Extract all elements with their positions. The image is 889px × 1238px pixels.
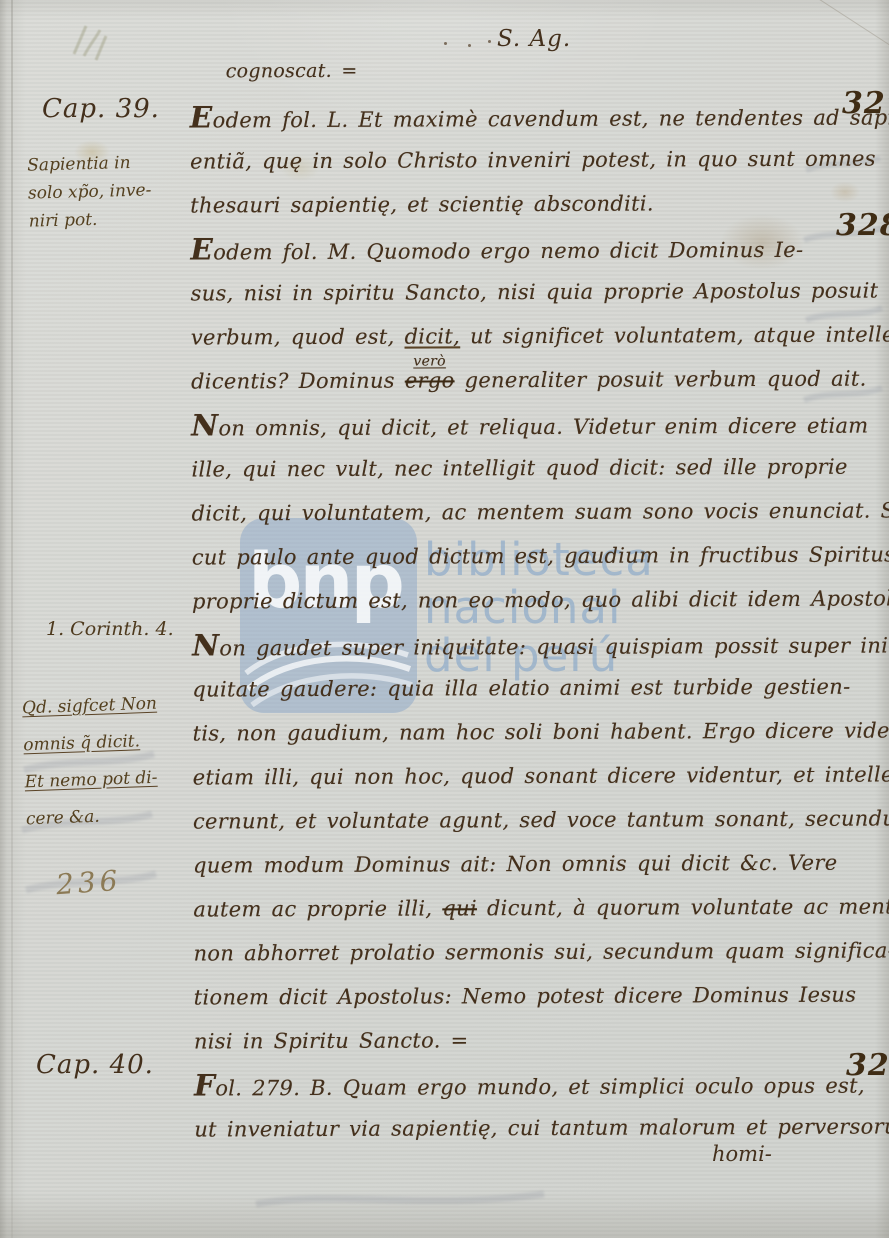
main-text-block: cognoscat. = Eodem fol. L. Et maximè cav… <box>190 50 887 1151</box>
struck-word-text: ergo <box>405 368 455 392</box>
text-line: thesauri sapientię, et scientię abscondi… <box>190 180 882 227</box>
text-line: dicit, qui voluntatem, ac mentem suam so… <box>192 488 884 535</box>
binding-edge-crease <box>11 0 13 1238</box>
text-line: tis, non gaudium, nam hoc soli boni habe… <box>192 708 884 755</box>
text-segment: dicentis? Dominus <box>191 369 405 394</box>
margin-note-line: cere &a. <box>25 797 161 839</box>
text-line: cernunt, et voluntate agunt, sed voce ta… <box>193 796 885 843</box>
text-line: etiam illi, qui non hoc, quod sonant dic… <box>193 752 885 799</box>
text-line: Non omnis, qui dicit, et reliqua. Videtu… <box>191 400 883 447</box>
struck-word: ergoverò <box>405 368 455 392</box>
struck-word-text: qui <box>442 896 477 920</box>
text-line: Eodem fol. M. Quomodo ergo nemo dicit Do… <box>190 224 882 271</box>
faint-pencil-mark <box>66 16 136 74</box>
scripture-reference: 1. Corinth. 4. <box>46 618 174 640</box>
text-line: tionem dicit Apostolus: Nemo potest dice… <box>194 972 886 1019</box>
manuscript-page: bnp biblioteca nacional del perú S. Ag. … <box>0 0 889 1238</box>
ink-dots <box>444 42 447 45</box>
catchword: homi- <box>712 1142 772 1166</box>
margin-note-line: Qd. sigfcet Non <box>21 686 157 728</box>
text-line: cut paulo ante quod dictum est, gaudium … <box>192 532 884 579</box>
folio-number: 236 <box>55 864 123 901</box>
margin-note-line: omnis q̃ dicit. <box>23 723 159 765</box>
text-line: sus, nisi in spiritu Sancto, nisi quia p… <box>191 268 883 315</box>
struck-word: qui <box>442 896 477 920</box>
text-segment: verbum, quod est, <box>191 325 405 350</box>
text-line: dicentis? Dominus ergoverò generaliter p… <box>191 356 883 403</box>
margin-note-line: niri pot. <box>28 204 152 235</box>
text-line: ille, qui nec vult, nec intelligit quod … <box>191 444 883 491</box>
text-line: cognoscat. = <box>226 50 882 95</box>
margin-note-line: Sapientia in <box>27 148 151 179</box>
text-line: Non gaudet super iniquitate: quasi quisp… <box>192 620 884 667</box>
text-line: autem ac proprie illi, qui dicunt, à quo… <box>193 884 885 931</box>
text-line: verbum, quod est, dicit, ut significet v… <box>191 312 883 359</box>
text-line: ut inveniatur via sapientię, cui tantum … <box>194 1104 886 1151</box>
margin-note-sapientia: Sapientia in solo xp̃o, inve- niri pot. <box>27 148 153 235</box>
text-line: proprie dictum est, non eo modo, quo ali… <box>192 576 884 623</box>
chapter-39-label: Cap. 39. <box>42 94 160 124</box>
show-through-marks <box>250 1180 550 1230</box>
text-segment: autem ac proprie illi, <box>193 896 442 921</box>
margin-note-line: Et nemo pot di- <box>24 760 160 802</box>
text-line: quem modum Dominus ait: Non omnis qui di… <box>193 840 885 887</box>
text-line: quitate gaudere: quia illa elatio animi … <box>192 664 884 711</box>
margin-note-line: solo xp̃o, inve- <box>28 176 152 207</box>
text-segment: dicunt, à quorum voluntate ac mente <box>477 894 889 920</box>
text-line: Eodem fol. L. Et maximè cavendum est, ne… <box>190 92 882 139</box>
underlined-word: dicit, <box>404 324 460 348</box>
text-segment: ut significet voluntatem, atque intellec… <box>460 322 889 348</box>
margin-note-quid-significet: Qd. sigfcet Non omnis q̃ dicit. Et nemo … <box>21 686 161 839</box>
text-line: non abhorret prolatio sermonis sui, secu… <box>193 928 885 975</box>
text-line: nisi in Spiritu Sancto. = <box>194 1016 886 1063</box>
text-line: Fol. 279. B. Quam ergo mundo, et simplic… <box>194 1060 886 1107</box>
interlinear-correction: verò <box>413 354 446 368</box>
text-line: entiã, quę in solo Christo inveniri pote… <box>190 136 882 183</box>
page-header: S. Ag. <box>497 26 571 52</box>
text-segment: generaliter posuit verbum quod ait. <box>455 367 867 393</box>
chapter-40-label: Cap. 40. <box>36 1050 154 1080</box>
